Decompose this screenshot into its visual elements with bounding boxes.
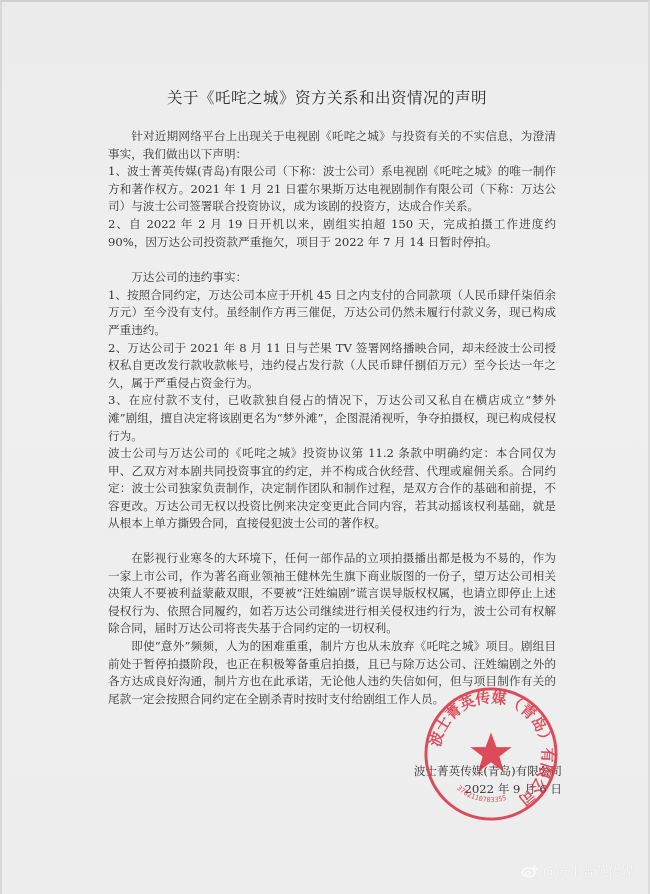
weibo-watermark: @波士菁英传媒 bbox=[521, 861, 634, 880]
appeal-paragraph: 在影视行业寒冬的大环境下，任何一部作品的立项拍摄播出都是极为不易的，作为一家上市… bbox=[108, 550, 556, 638]
document-title: 关于《吒咤之城》资方关系和出资情况的声明 bbox=[2, 86, 650, 108]
spacer bbox=[108, 251, 556, 269]
violation-2: 2、万达公司于 2021 年 8 月 11 日与芒果 TV 签署网络播映合同，却… bbox=[108, 340, 556, 393]
svg-text:3702110703355: 3702110703355 bbox=[455, 784, 507, 804]
statement-1: 1、波士菁英传媒(青岛)有限公司（下称：波士公司）系电视剧《吒咤之城》的唯一制作… bbox=[108, 163, 556, 216]
violations-heading: 万达公司的违约事实： bbox=[108, 269, 556, 287]
company-seal-stamp-icon: 波士菁英传媒（青岛）有限公司 3702110703355 bbox=[422, 685, 560, 823]
agreement-paragraph: 波士公司与万达公司的《吒咤之城》投资协议第 11.2 条款中明确约定：本合同仅为… bbox=[108, 445, 556, 533]
weibo-icon bbox=[521, 864, 539, 878]
spacer bbox=[108, 533, 556, 550]
violation-3: 3、在应付款不支付，已收款独自侵占的情况下，万达公司又私自在横店成立“梦外滩”剧… bbox=[108, 392, 556, 445]
document-page: 关于《吒咤之城》资方关系和出资情况的声明 针对近期网络平台上出现关于电视剧《吒咤… bbox=[0, 0, 650, 894]
stamp-code: 3702110703355 bbox=[455, 784, 507, 804]
statement-2: 2、自 2022 年 2 月 19 日开机以来，剧组实拍超 150 天，完成拍摄… bbox=[108, 216, 556, 251]
watermark-text: @波士菁英传媒 bbox=[543, 861, 634, 880]
violation-1: 1、按照合同约定，万达公司本应于开机 45 日之内支付的合同款项（人民币肆仟柒佰… bbox=[108, 287, 556, 340]
document-body: 针对近期网络平台上出现关于电视剧《吒咤之城》与投资有关的不实信息，为澄清事实，我… bbox=[108, 128, 556, 708]
intro-paragraph: 针对近期网络平台上出现关于电视剧《吒咤之城》与投资有关的不实信息，为澄清事实，我… bbox=[108, 128, 556, 163]
